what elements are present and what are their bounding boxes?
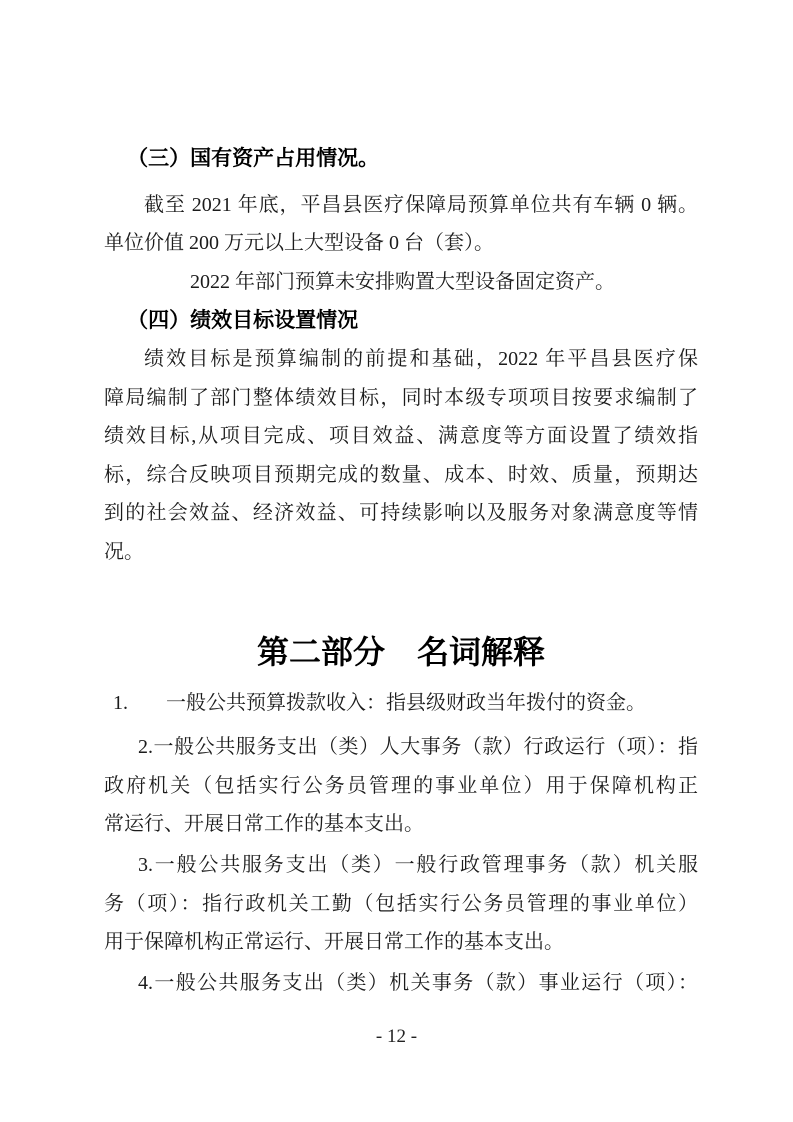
paragraph-line: 政府机关（包括实行公务员管理的事业单位）用于保障机构正 [104, 767, 698, 806]
page-content: （三）国有资产占用情况。 截至 2021 年底，平昌县医疗保障局预算单位共有车辆… [104, 139, 698, 1002]
section-heading-performance-goals: （四）绩效目标设置情况 [104, 301, 698, 340]
term-1-text: 一般公共预算拨款收入：指县级财政当年拨付的资金。 [166, 692, 646, 714]
paragraph-line: 单位价值 200 万元以上大型设备 0 台（套）。 [104, 224, 698, 263]
performance-paragraph: 绩效目标是预算编制的前提和基础，2022 年平昌县医疗保 障局编制了部门整体绩效… [104, 340, 698, 572]
term-item-3: 3.一般公共服务支出（类）一般行政管理事务（款）机关服 务（项）：指行政机关工勤… [104, 846, 698, 962]
paragraph-line: 3.一般公共服务支出（类）一般行政管理事务（款）机关服 [104, 846, 698, 885]
paragraph-line: 障局编制了部门整体绩效目标，同时本级专项项目按要求编制了 [104, 379, 698, 418]
paragraph-line: 标，综合反映项目预期完成的数量、成本、时效、质量，预期达 [104, 456, 698, 495]
paragraph-line: 绩效目标,从项目完成、项目效益、满意度等方面设置了绩效指 [104, 417, 698, 456]
term-item-1: 1.一般公共预算拨款收入：指县级财政当年拨付的资金。 [104, 684, 698, 723]
assets-paragraph-2: 2022 年部门预算未安排购置大型设备固定资产。 [104, 263, 698, 302]
paragraph-line: 绩效目标是预算编制的前提和基础，2022 年平昌县医疗保 [104, 340, 698, 379]
document-page: （三）国有资产占用情况。 截至 2021 年底，平昌县医疗保障局预算单位共有车辆… [0, 0, 793, 1122]
paragraph-line: 2.一般公共服务支出（类）人大事务（款）行政运行（项）：指 [104, 728, 698, 767]
term-item-2: 2.一般公共服务支出（类）人大事务（款）行政运行（项）：指 政府机关（包括实行公… [104, 728, 698, 844]
part2-title: 第二部分 名词解释 [104, 630, 698, 674]
paragraph-line: 用于保障机构正常运行、开展日常工作的基本支出。 [104, 923, 698, 962]
section-heading-state-assets: （三）国有资产占用情况。 [104, 139, 698, 178]
assets-paragraph: 截至 2021 年底，平昌县医疗保障局预算单位共有车辆 0 辆。 单位价值 20… [104, 186, 698, 263]
page-number: - 12 - [0, 1025, 793, 1049]
term-item-4: 4.一般公共服务支出（类）机关事务（款）事业运行（项）： [104, 964, 698, 1003]
term-1-number: 1. [113, 692, 128, 714]
paragraph-line: 4.一般公共服务支出（类）机关事务（款）事业运行（项）： [104, 964, 698, 1003]
paragraph-line: 务（项）：指行政机关工勤（包括实行公务员管理的事业单位） [104, 885, 698, 924]
paragraph-line: 到的社会效益、经济效益、可持续影响以及服务对象满意度等情 [104, 494, 698, 533]
paragraph-line: 况。 [104, 533, 698, 572]
paragraph-line: 截至 2021 年底，平昌县医疗保障局预算单位共有车辆 0 辆。 [104, 186, 698, 225]
paragraph-line: 常运行、开展日常工作的基本支出。 [104, 805, 698, 844]
